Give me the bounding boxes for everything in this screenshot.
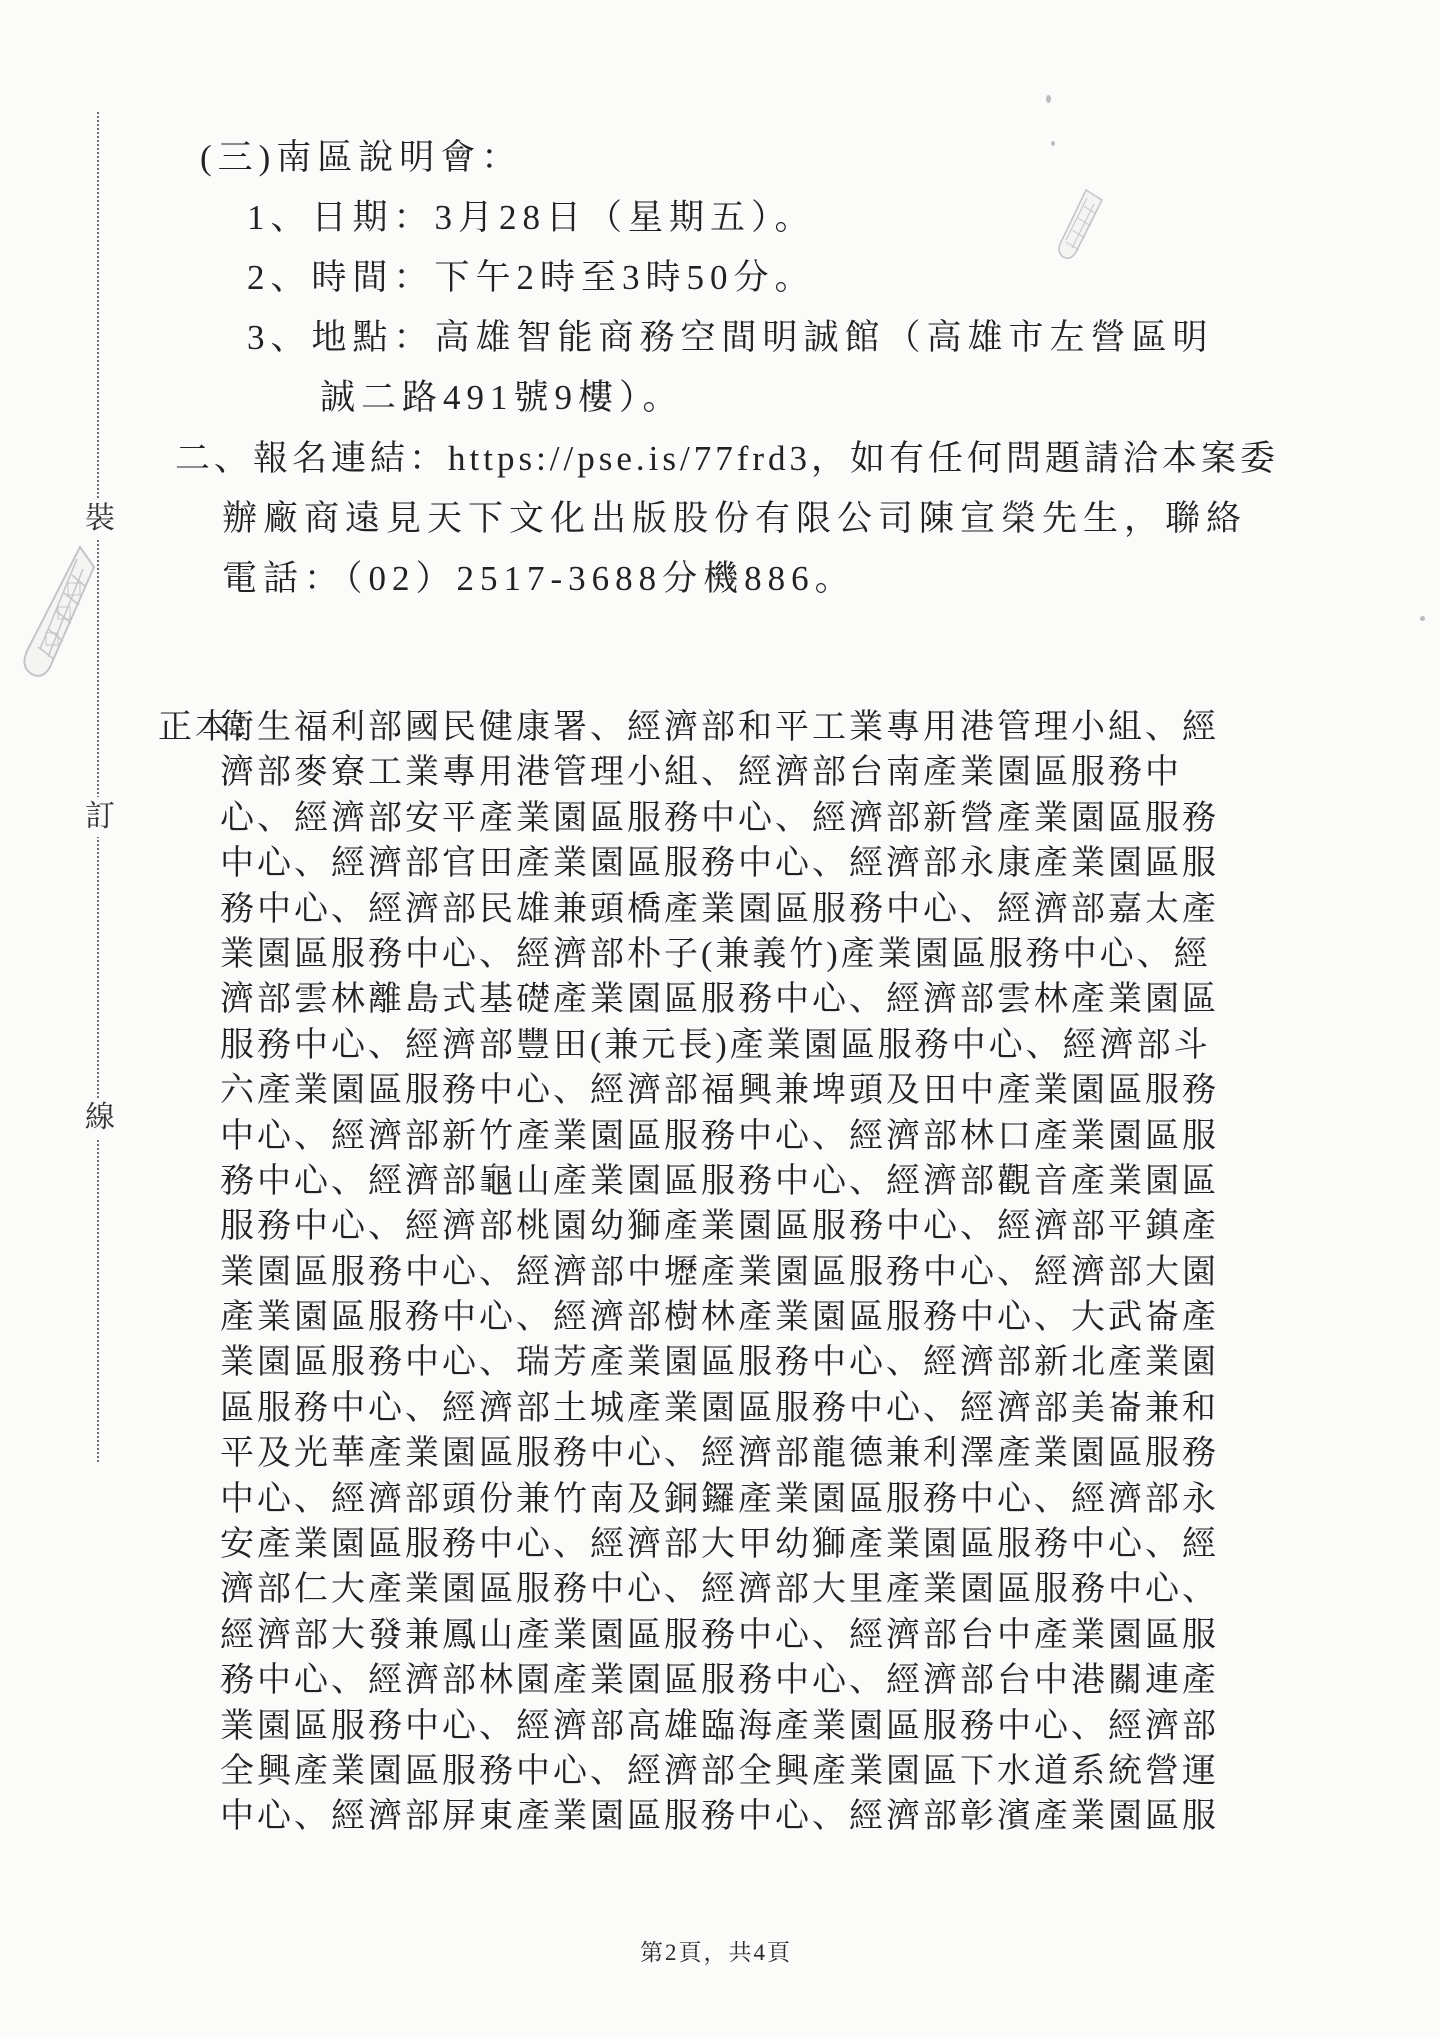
recipient-line: 產業園區服務中心、經濟部樹林產業園區服務中心、大武崙產 <box>158 1295 1298 1340</box>
ink-stamp-smudge-left-icon <box>20 545 98 685</box>
binding-mark-xian: 線 <box>81 1098 119 1138</box>
scan-speck <box>1420 616 1425 621</box>
recipient-line: 務中心、經濟部龜山產業園區服務中心、經濟部觀音產業園區 <box>158 1159 1298 1204</box>
recipient-line: 中心、經濟部屏東產業園區服務中心、經濟部彰濱產業園區服 <box>158 1794 1298 1839</box>
registration-contact-line: 辦廠商遠見天下文化出版股份有限公司陳宣榮先生，聯絡 <box>222 495 1247 543</box>
registration-phone-line: 電話：（02）2517-3688分機886。 <box>222 555 856 603</box>
recipient-line: 平及光華產業園區服務中心、經濟部龍德兼利澤產業園區服務 <box>158 1431 1298 1476</box>
scan-speck <box>1046 95 1051 103</box>
recipient-line: 中心、經濟部官田產業園區服務中心、經濟部永康產業園區服 <box>158 841 1298 886</box>
recipient-line: 業園區服務中心、經濟部高雄臨海產業園區服務中心、經濟部 <box>158 1704 1298 1749</box>
south-session-location-line1: 3、地點：高雄智能商務空間明誠館（高雄市左營區明 <box>247 314 1214 362</box>
ink-stamp-smudge-top-right-icon <box>1056 188 1106 262</box>
recipient-line: 心、經濟部安平產業園區服務中心、經濟部新營產業園區服務 <box>158 796 1298 841</box>
page-number-indicator: 第2頁，共4頁 <box>0 1934 1432 1967</box>
recipient-line: 衛生福利部國民健康署、經濟部和平工業專用港管理小組、經 <box>158 705 1298 750</box>
registration-link-line: 二、報名連結：https://pse.is/77frd3，如有任何問題請洽本案委 <box>175 435 1279 483</box>
recipient-line: 經濟部大發兼鳳山產業園區服務中心、經濟部台中產業園區服 <box>158 1613 1298 1658</box>
recipient-line: 濟部仁大產業園區服務中心、經濟部大里產業園區服務中心、 <box>158 1567 1298 1612</box>
recipient-line: 區服務中心、經濟部土城產業園區服務中心、經濟部美崙兼和 <box>158 1386 1298 1431</box>
recipient-line: 濟部雲林離島式基礎產業園區服務中心、經濟部雲林產業園區 <box>158 977 1298 1022</box>
binding-mark-zhuang: 裝 <box>81 499 119 539</box>
scan-speck <box>1051 141 1055 146</box>
recipient-line: 安產業園區服務中心、經濟部大甲幼獅產業園區服務中心、經 <box>158 1522 1298 1567</box>
recipient-line: 務中心、經濟部林園產業園區服務中心、經濟部台中港關連產 <box>158 1658 1298 1703</box>
recipient-line: 務中心、經濟部民雄兼頭橋產業園區服務中心、經濟部嘉太產 <box>158 887 1298 932</box>
binding-dotted-line <box>97 112 99 1462</box>
recipient-line: 服務中心、經濟部豐田(兼元長)產業園區服務中心、經濟部斗 <box>158 1023 1298 1068</box>
recipients-lines: 衛生福利部國民健康署、經濟部和平工業專用港管理小組、經濟部麥寮工業專用港管理小組… <box>158 705 1298 1840</box>
recipients-label: 正本： <box>158 705 269 750</box>
recipient-line: 業園區服務中心、經濟部中壢產業園區服務中心、經濟部大園 <box>158 1250 1298 1295</box>
south-session-time: 2、時間：下午2時至3時50分。 <box>247 254 816 302</box>
south-session-location-line2: 誠二路491號9樓）。 <box>320 374 684 422</box>
recipient-line: 業園區服務中心、經濟部朴子(兼義竹)產業園區服務中心、經 <box>158 932 1298 977</box>
south-session-date: 1、日期：3月28日（星期五）。 <box>247 194 816 242</box>
south-session-heading: (三)南區說明會： <box>200 134 522 182</box>
recipient-line: 全興產業園區服務中心、經濟部全興產業園區下水道系統營運 <box>158 1749 1298 1794</box>
recipient-line: 業園區服務中心、瑞芳產業園區服務中心、經濟部新北產業園 <box>158 1340 1298 1385</box>
recipient-line: 服務中心、經濟部桃園幼獅產業園區服務中心、經濟部平鎮產 <box>158 1204 1298 1249</box>
recipient-line: 中心、經濟部新竹產業園區服務中心、經濟部林口產業園區服 <box>158 1114 1298 1159</box>
recipients-block: 正本： 衛生福利部國民健康署、經濟部和平工業專用港管理小組、經濟部麥寮工業專用港… <box>158 705 1298 1840</box>
recipient-line: 中心、經濟部頭份兼竹南及銅鑼產業園區服務中心、經濟部永 <box>158 1477 1298 1522</box>
recipient-line: 濟部麥寮工業專用港管理小組、經濟部台南產業園區服務中 <box>158 750 1298 795</box>
binding-mark-ding: 訂 <box>81 797 119 837</box>
document-page: 裝 訂 線 (三)南區說明會： 1、日期：3月28日（星期五）。 2、時間：下午… <box>0 0 1440 2037</box>
recipient-line: 六產業園區服務中心、經濟部福興兼埤頭及田中產業園區服務 <box>158 1068 1298 1113</box>
